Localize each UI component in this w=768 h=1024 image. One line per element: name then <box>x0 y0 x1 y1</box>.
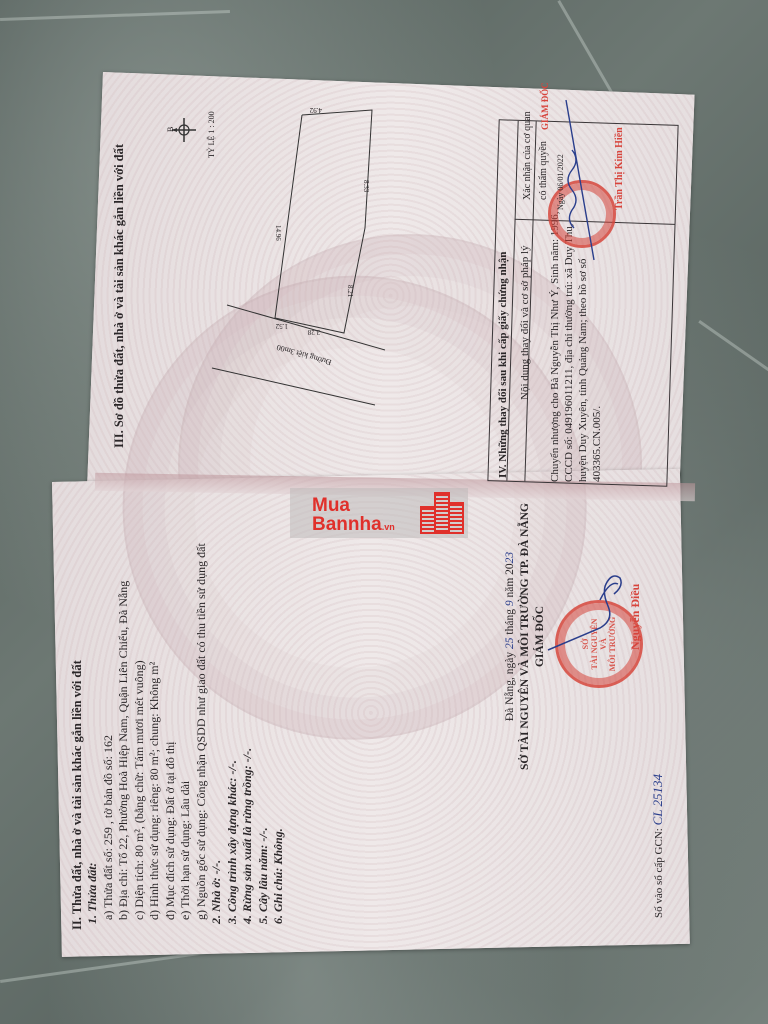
signer-name: Nguyễn Điều <box>628 584 643 650</box>
registry-label: Số vào sổ cấp GCN: <box>653 828 665 918</box>
registry-number: Số vào sổ cấp GCN: CL 25134 <box>650 774 666 918</box>
registry-value: CL 25134 <box>650 774 665 825</box>
